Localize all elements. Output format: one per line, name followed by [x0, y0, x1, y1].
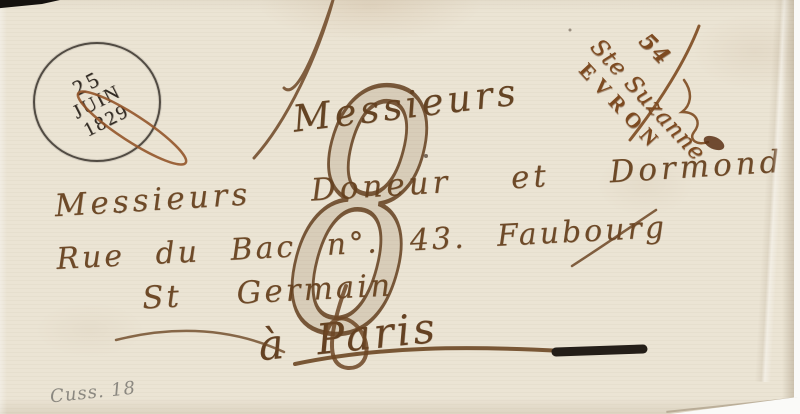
- datestamp-text: 25 JUIN 1829: [59, 61, 134, 142]
- scan-edge-right: [794, 0, 800, 414]
- paper-right-edge: [782, 0, 794, 414]
- rate-marking-numeral: 8: [269, 14, 451, 414]
- letter-cover: 25 JUIN 1829 54 Ste Suzanne EVRON Messie…: [0, 0, 800, 414]
- scan-edge-top-sliver: [0, 0, 60, 9]
- ink-speck: [569, 29, 572, 32]
- postmark-datestamp: 25 JUIN 1829: [33, 42, 161, 162]
- scan-background: 25 JUIN 1829 54 Ste Suzanne EVRON Messie…: [0, 0, 800, 414]
- cursive-mark-number: 54: [634, 28, 677, 71]
- pencil-note: Cuss. 18: [49, 378, 137, 408]
- paris-underline-blot: [556, 349, 643, 352]
